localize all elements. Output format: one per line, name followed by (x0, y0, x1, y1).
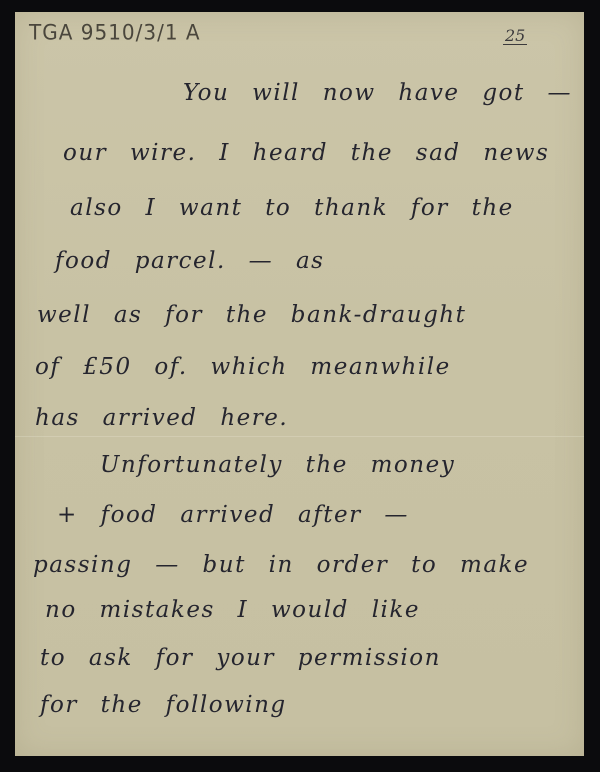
handwritten-line: to ask for your permission (40, 645, 441, 671)
paper-crease (15, 436, 584, 437)
letter-page: TGA 9510/3/1 A 25 You will now have got … (15, 12, 584, 756)
handwritten-line: also I want to thank for the (70, 195, 514, 221)
handwritten-line: for the following (40, 692, 287, 718)
handwritten-line: Unfortunately the money (100, 452, 455, 478)
page-number: 25 (503, 28, 527, 45)
handwritten-line: our wire. I heard the sad news (63, 140, 549, 166)
handwritten-line: no mistakes I would like (45, 597, 420, 623)
handwritten-line: You will now have got — (183, 80, 572, 106)
handwritten-line: + food arrived after — (57, 502, 409, 528)
archive-reference: TGA 9510/3/1 A (29, 19, 201, 44)
handwritten-line: of £50 of. which meanwhile (35, 354, 451, 380)
scan-background: TGA 9510/3/1 A 25 You will now have got … (0, 0, 600, 772)
handwritten-line: food parcel. — as (55, 248, 324, 274)
handwritten-line: has arrived here. (35, 405, 288, 431)
handwritten-line: passing — but in order to make (33, 552, 529, 578)
handwritten-line: well as for the bank-draught (37, 302, 466, 328)
